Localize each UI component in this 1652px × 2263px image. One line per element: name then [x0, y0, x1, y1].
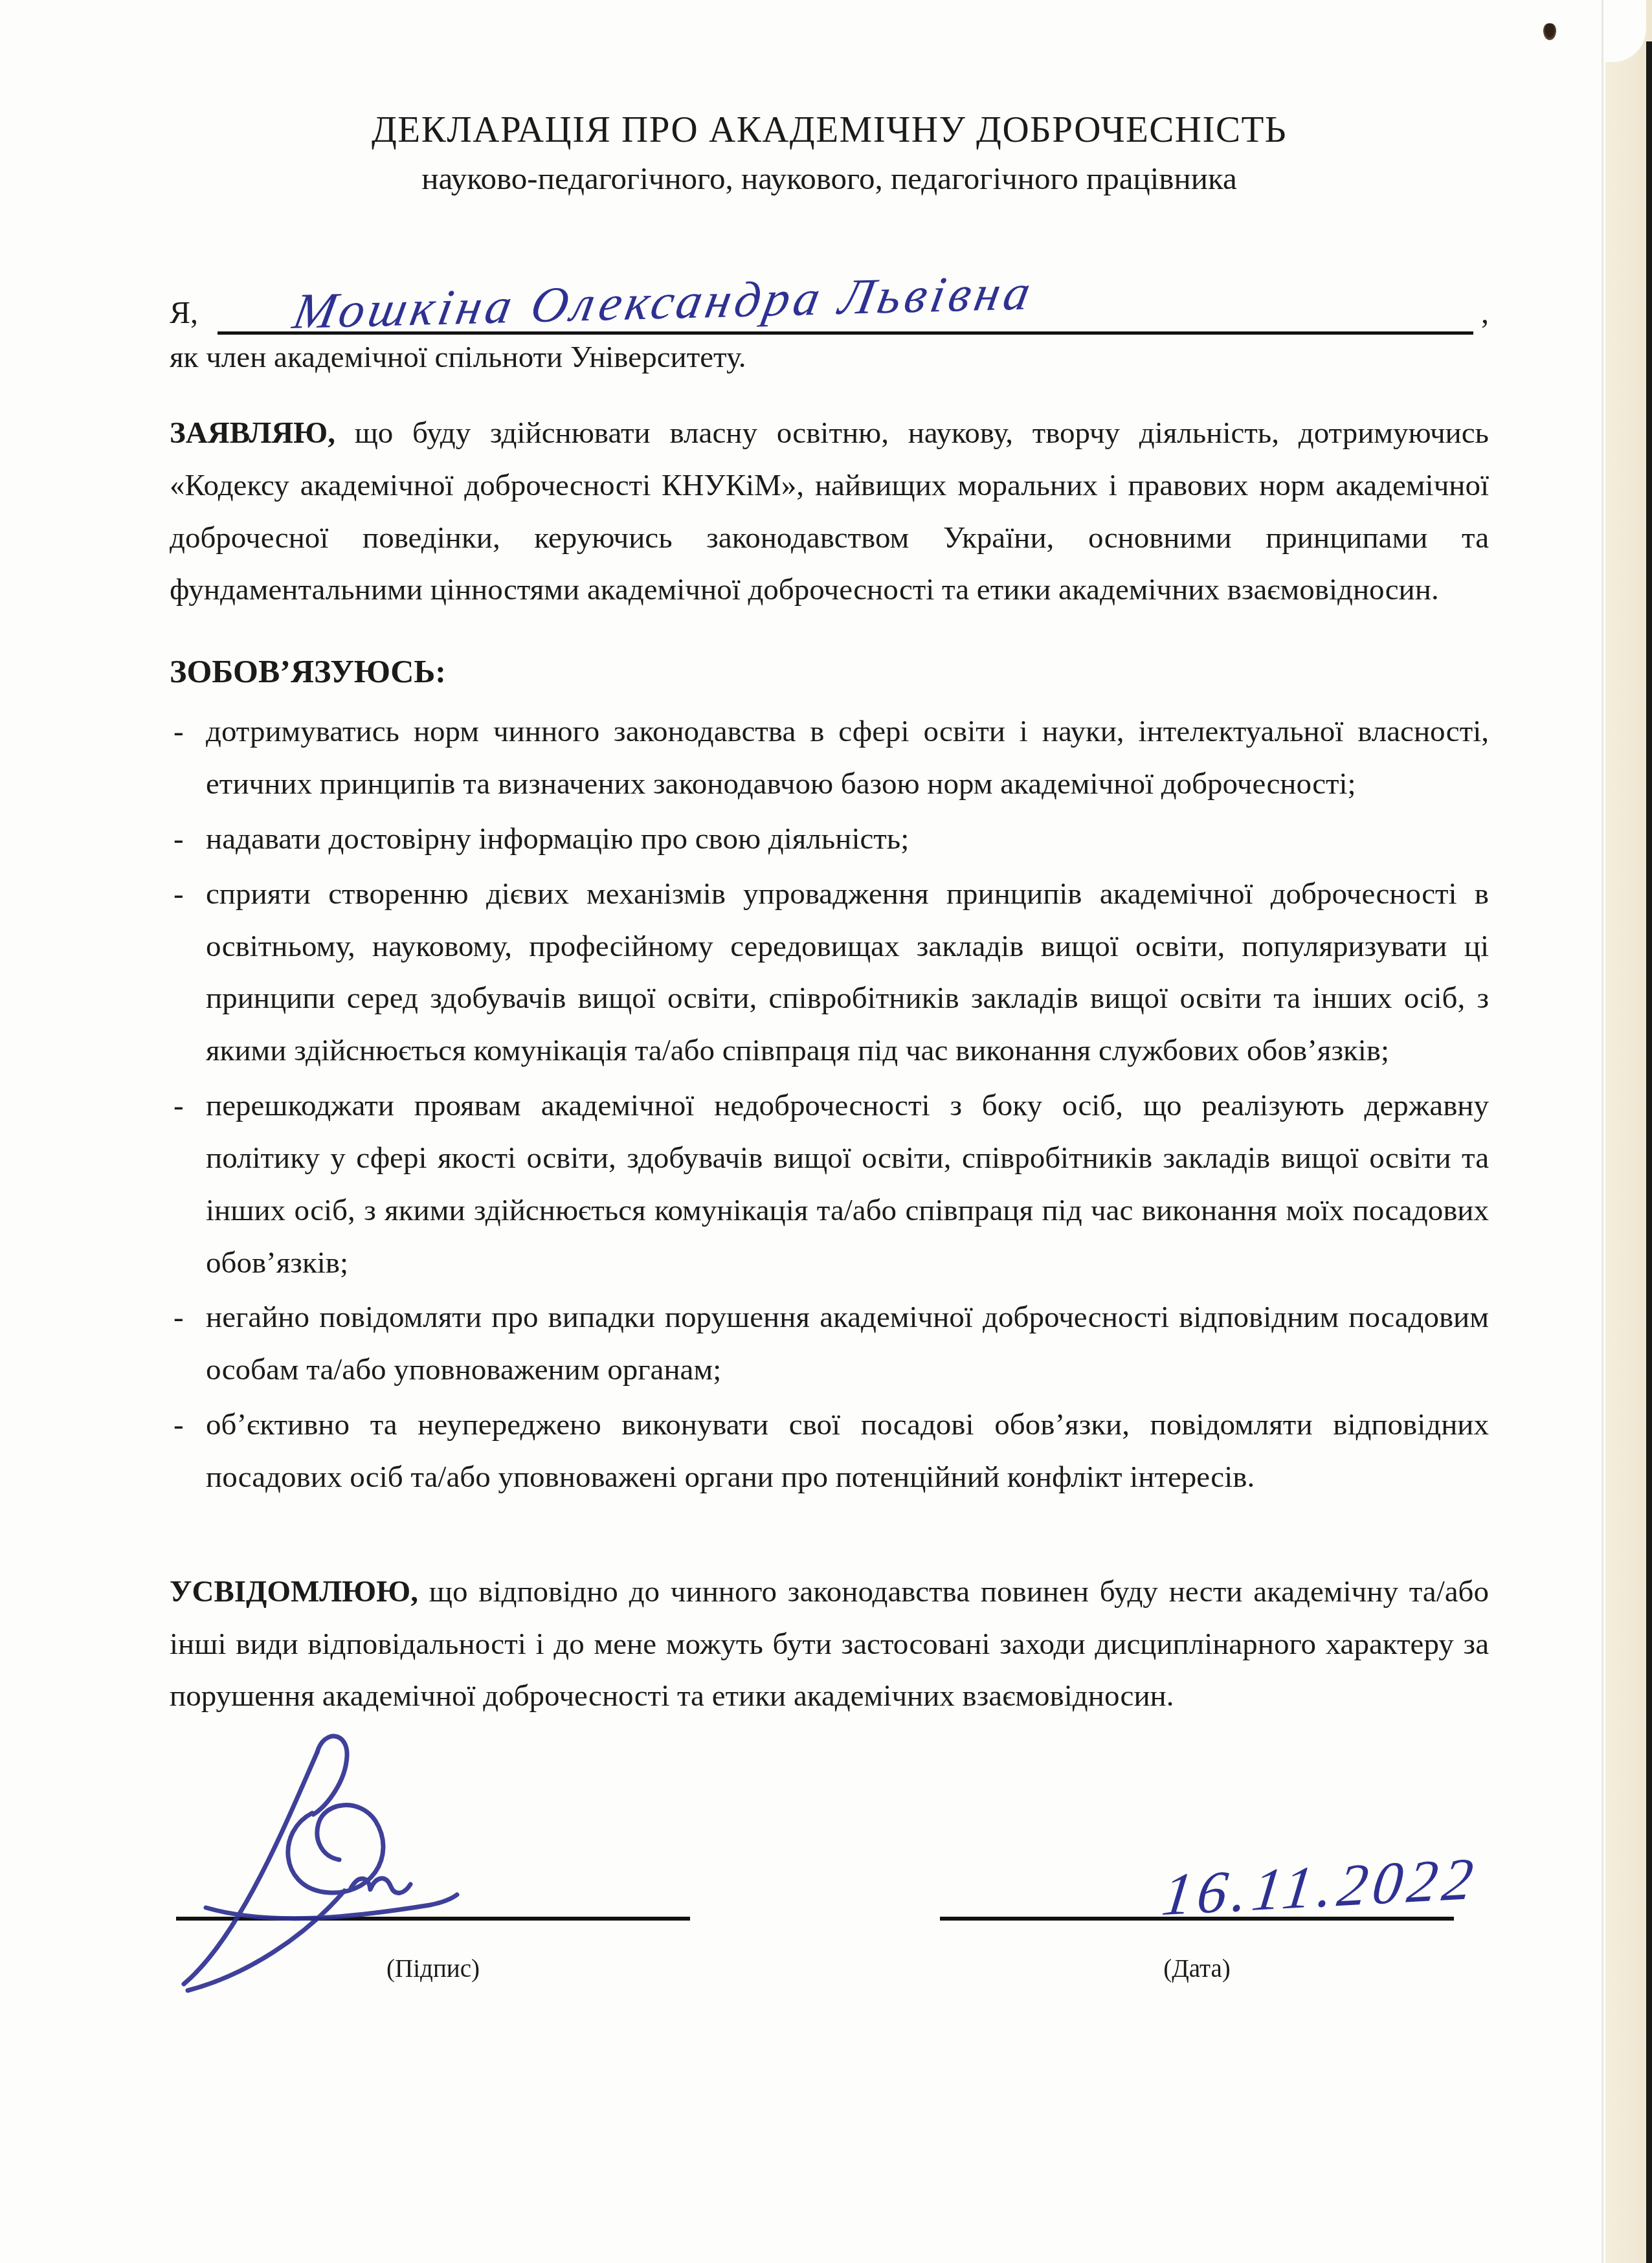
scanner-edge-band — [1605, 0, 1652, 2263]
page-subtitle: науково-педагогічного, наукового, педаго… — [170, 160, 1489, 197]
handwritten-name: Мошкіна Олександра Львівна — [289, 263, 1039, 340]
handwritten-signature — [150, 1722, 526, 1994]
statement-paragraph: ЗАЯВЛЯЮ, що буду здійснювати власну осві… — [170, 407, 1489, 616]
date-line: 16.11.2022 — [940, 1820, 1454, 1921]
obligation-item: дотримуватись норм чинного законодавства… — [170, 706, 1489, 810]
name-underline: Мошкіна Олександра Львівна — [218, 252, 1473, 335]
page-title: ДЕКЛАРАЦІЯ ПРО АКАДЕМІЧНУ ДОБРОЧЕСНІСТЬ — [170, 109, 1489, 151]
acknowledgement-paragraph: УСВІДОМЛЮЮ, що відповідно до чинного зак… — [170, 1566, 1489, 1722]
date-label: (Дата) — [940, 1954, 1454, 1983]
statement-lead: ЗАЯВЛЯЮ, — [170, 416, 335, 450]
acknowledgement-lead: УСВІДОМЛЮЮ, — [170, 1575, 418, 1609]
obligations-list: дотримуватись норм чинного законодавства… — [170, 706, 1489, 1503]
signature-line — [176, 1820, 690, 1921]
declarant-line: Я, Мошкіна Олександра Львівна , — [170, 252, 1489, 335]
signature-area: (Підпис) 16.11.2022 (Дата) — [170, 1820, 1489, 1983]
obligation-item: об’єктивно та неупереджено виконувати св… — [170, 1399, 1489, 1504]
scanned-page: ДЕКЛАРАЦІЯ ПРО АКАДЕМІЧНУ ДОБРОЧЕСНІСТЬ … — [0, 0, 1652, 2263]
obligation-item: сприяти створенню дієвих механізмів упро… — [170, 868, 1489, 1077]
scanner-edge-shadow — [1646, 41, 1652, 2263]
document-content: ДЕКЛАРАЦІЯ ПРО АКАДЕМІЧНУ ДОБРОЧЕСНІСТЬ … — [0, 0, 1652, 1983]
statement-body: що буду здійснювати власну освітню, наук… — [170, 416, 1489, 607]
scan-fold-line — [1602, 0, 1603, 2263]
ink-speck — [1543, 23, 1556, 40]
obligation-item: надавати достовірну інформацію про свою … — [170, 813, 1489, 865]
declarant-suffix: , — [1481, 295, 1489, 335]
obligation-item: перешкоджати проявам академічної недобро… — [170, 1080, 1489, 1289]
obligation-item: негайно повідомляти про випадки порушенн… — [170, 1291, 1489, 1396]
obligations-heading: ЗОБОВ’ЯЗУЮСЬ: — [170, 652, 1489, 690]
membership-line: як член академічної спільноти Університе… — [170, 340, 1489, 375]
signature-column: (Підпис) — [176, 1820, 690, 1983]
date-column: 16.11.2022 (Дата) — [940, 1820, 1454, 1983]
handwritten-date: 16.11.2022 — [1158, 1844, 1482, 1929]
declarant-label: Я, — [170, 295, 198, 335]
